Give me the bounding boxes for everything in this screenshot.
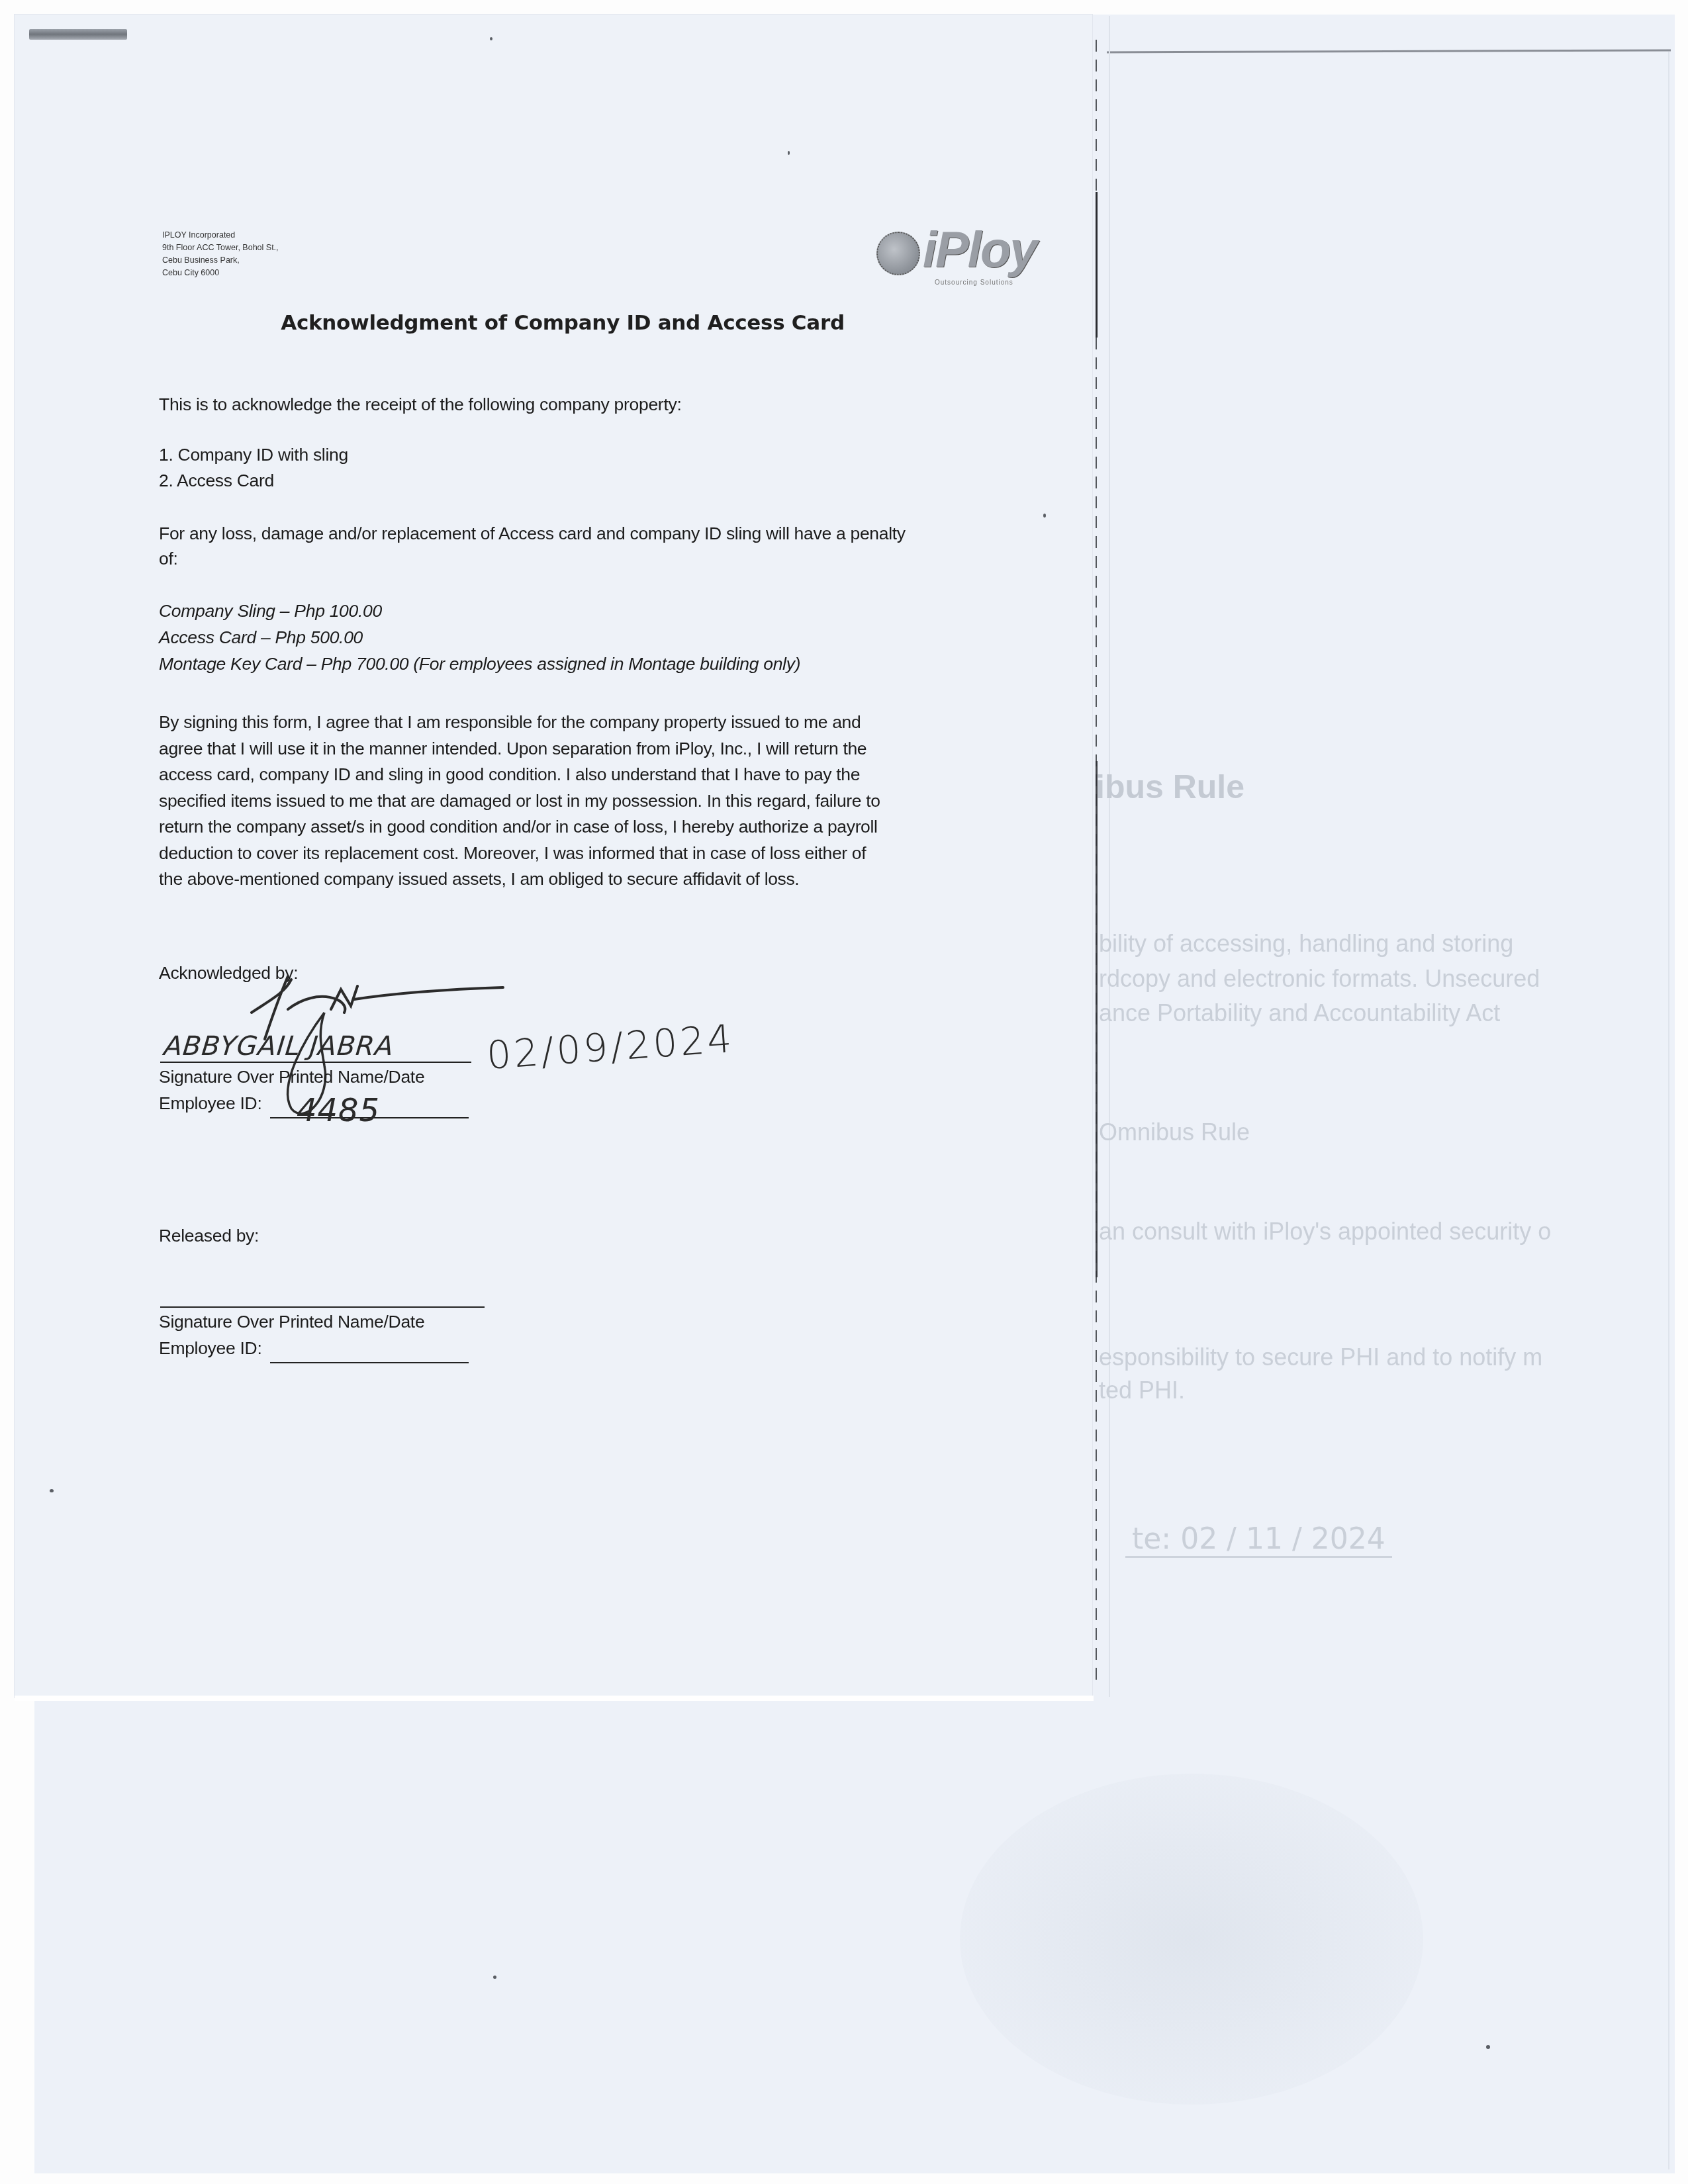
address-line: 9th Floor ACC Tower, Bohol St., <box>162 242 279 254</box>
signature-line <box>160 1062 471 1063</box>
agreement-line: specified items issued to me that are da… <box>159 788 986 815</box>
scan-speck <box>1486 2045 1490 2049</box>
handwritten-employee-id: 4485 <box>297 1092 380 1129</box>
signature-line <box>160 1306 485 1308</box>
ghost-text: ance Portability and Accountability Act <box>1099 999 1500 1027</box>
address-line: IPLOY Incorporated <box>162 229 279 242</box>
agreement-line: By signing this form, I agree that I am … <box>159 709 986 736</box>
agreement-line: the above-mentioned company issued asset… <box>159 866 986 893</box>
ghost-text: esponsibility to secure PHI and to notif… <box>1099 1343 1542 1371</box>
company-logo: iPloy Outsourcing Solutions <box>871 225 1043 291</box>
penalty-item: Company Sling – Php 100.00 <box>159 601 382 621</box>
handwritten-name: ABBYGAIL JABRA <box>163 1031 396 1062</box>
property-item: 2. Access Card <box>159 471 274 491</box>
back-page-right-edge <box>1668 52 1669 2169</box>
scan-speck <box>493 1976 496 1979</box>
logo-wordmark: iPloy <box>923 221 1037 279</box>
ghost-heading: ibus Rule <box>1096 768 1244 806</box>
released-label: Released by: <box>159 1226 259 1246</box>
logo-tagline: Outsourcing Solutions <box>935 279 1013 287</box>
ghost-text: Omnibus Rule <box>1099 1118 1250 1146</box>
penalty-intro: For any loss, damage and/or replacement … <box>159 523 906 544</box>
staple-mark <box>29 29 127 40</box>
employee-id-label: Employee ID: <box>159 1338 261 1359</box>
penalty-item: Montage Key Card – Php 700.00 (For emplo… <box>159 654 800 674</box>
ghost-text: bility of accessing, handling and storin… <box>1099 930 1513 958</box>
company-address: IPLOY Incorporated 9th Floor ACC Tower, … <box>162 229 279 279</box>
intro-text: This is to acknowledge the receipt of th… <box>159 394 681 415</box>
scan-speck <box>1043 514 1046 518</box>
page-edge-gap <box>15 1696 1094 1701</box>
agreement-line: agree that I will use it in the manner i… <box>159 736 986 762</box>
property-item: 1. Company ID with sling <box>159 445 348 465</box>
signature-caption: Signature Over Printed Name/Date <box>159 1312 424 1332</box>
address-line: Cebu Business Park, <box>162 254 279 267</box>
agreement-line: return the company asset/s in good condi… <box>159 814 986 841</box>
employee-id-line <box>270 1362 469 1363</box>
scan-speck <box>788 151 790 155</box>
agreement-line: access card, company ID and sling in goo… <box>159 762 986 788</box>
agreement-line: deduction to cover its replacement cost.… <box>159 841 986 867</box>
agreement-paragraph: By signing this form, I agree that I am … <box>159 709 986 893</box>
ghost-text: an consult with iPloy's appointed securi… <box>1099 1218 1551 1246</box>
signature-caption: Signature Over Printed Name/Date <box>159 1067 424 1087</box>
ghost-text: rdcopy and electronic formats. Unsecured <box>1099 965 1540 993</box>
employee-id-label: Employee ID: <box>159 1093 261 1114</box>
document-title: Acknowledgment of Company ID and Access … <box>0 311 1125 335</box>
scan-speck <box>50 1489 54 1492</box>
page-border-line <box>1096 761 1098 1277</box>
address-line: Cebu City 6000 <box>162 267 279 279</box>
ghost-date: te: 02 / 11 / 2024 <box>1125 1522 1392 1558</box>
scan-speck <box>490 37 492 40</box>
penalty-intro: of: <box>159 549 178 569</box>
penalty-item: Access Card – Php 500.00 <box>159 627 363 648</box>
ghost-logo-stain <box>960 1774 1423 2105</box>
ghost-text: ted PHI. <box>1099 1377 1185 1404</box>
globe-icon <box>876 232 920 275</box>
back-page-left-edge <box>1109 16 1110 1697</box>
